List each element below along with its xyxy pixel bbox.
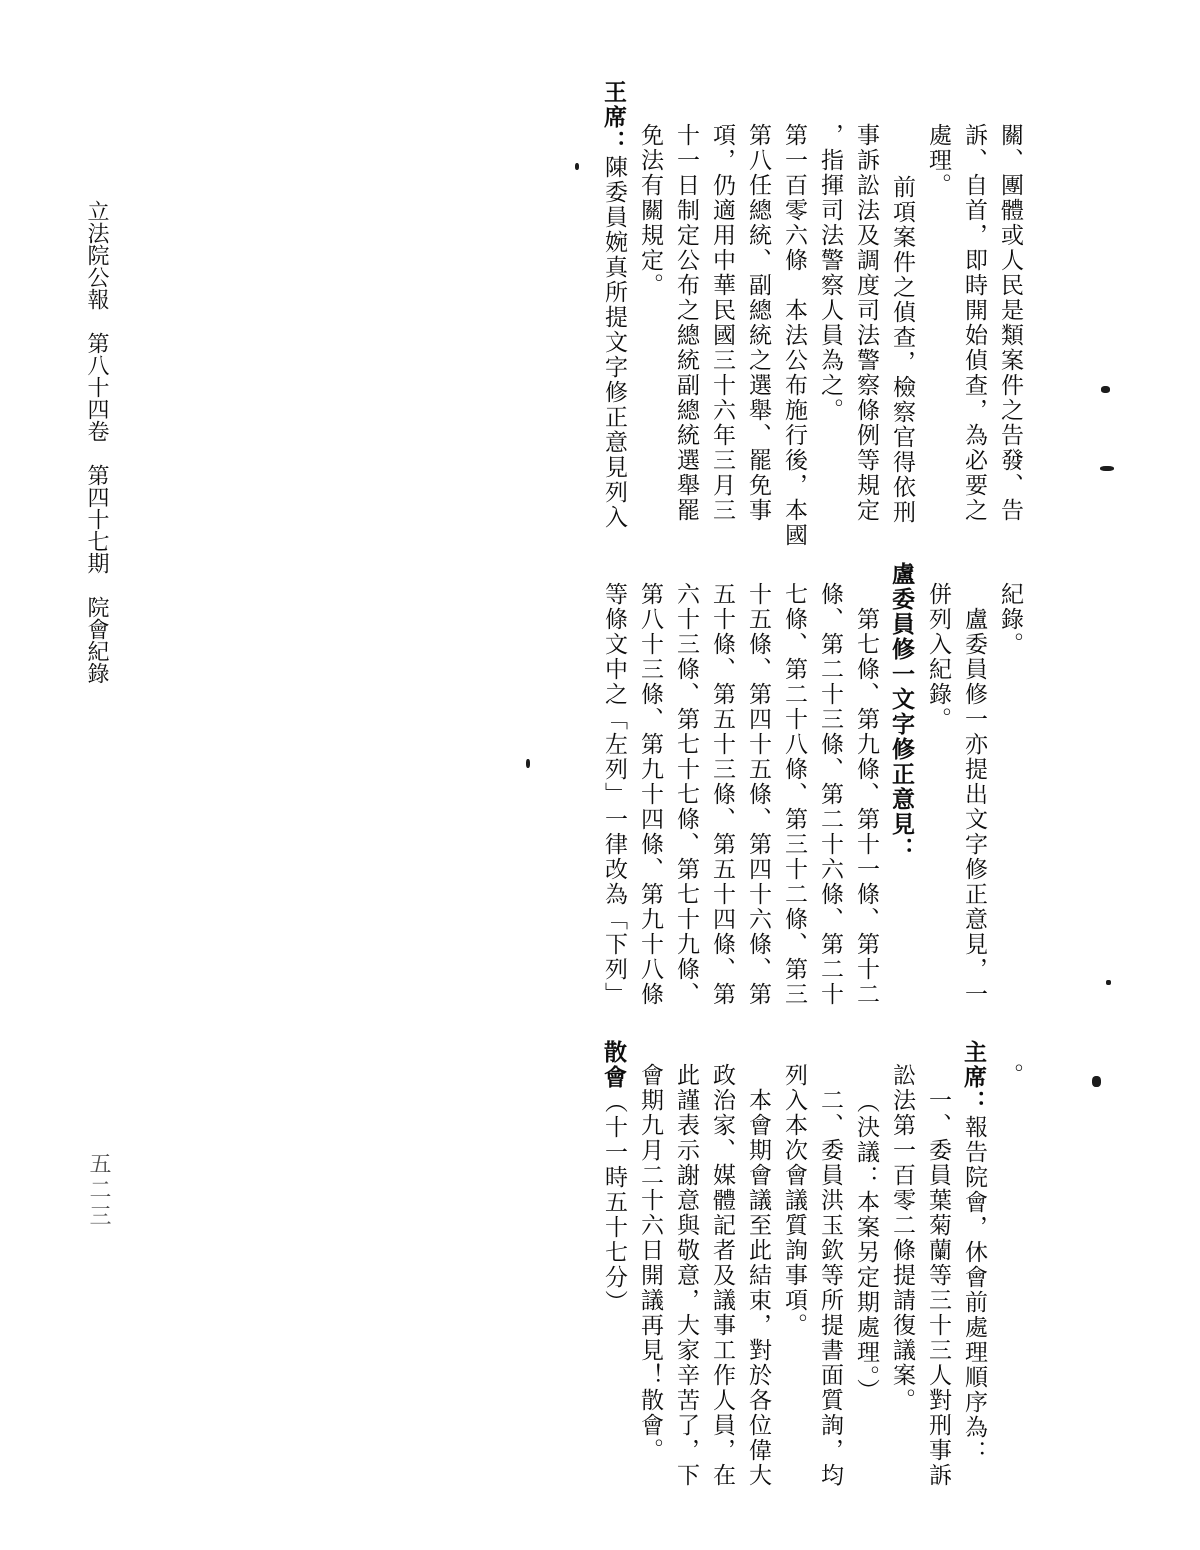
text-column: 訴、自首，即時開始偵查，為必要之 — [956, 80, 992, 590]
text-column: 會期九月二十六日開議再見！散會。 — [632, 1040, 668, 1550]
text-run: 處理。 — [926, 123, 951, 198]
text-column: 第八十三條、第九十四條、第九十八條 — [632, 562, 668, 1072]
scan-speck — [575, 163, 579, 170]
speaker-label: 散會 — [601, 1040, 627, 1090]
text-column: 併列入紀錄。 — [920, 562, 956, 1072]
text-column: 盧委員修一亦提出文字修正意見，一 — [956, 562, 992, 1072]
text-run: 第一百零六條 本法公布施行後，本國 — [782, 123, 807, 548]
text-column: 前項案件之偵查，檢察官得依刑 — [884, 80, 920, 590]
text-column: 條、第二十三條、第二十六條、第二十 — [812, 562, 848, 1072]
text-run: 前項案件之偵查，檢察官得依刑 — [890, 175, 915, 525]
text-column: 訟法第一百零二條提請復議案。 — [884, 1040, 920, 1550]
text-column: 盧委員修一文字修正意見： — [884, 562, 920, 1072]
text-run: 免法有關規定。 — [638, 123, 663, 298]
text-run: 六十三條、第七十七條、第七十九條、 — [674, 582, 699, 1007]
text-column: 免法有關規定。 — [632, 80, 668, 590]
gazette-page: 立法院公報 第八十四卷 第四十七期 院會紀錄 五二三 關、團體或人民是類案件之告… — [0, 0, 1200, 1550]
text-column: 十一日制定公布之總統副總統選舉罷 — [668, 80, 704, 590]
text-column: （決議：本案另定期處理。） — [848, 1040, 884, 1550]
text-column: 列入本次會議質詢事項。 — [776, 1040, 812, 1550]
text-run: 訴、自首，即時開始偵查，為必要之 — [962, 123, 987, 523]
text-column: 第八任總統、副總統之選舉、罷免事 — [740, 80, 776, 590]
gazette-side-header: 立法院公報 第八十四卷 第四十七期 院會紀錄 — [82, 200, 112, 684]
text-run: 會期九月二十六日開議再見！散會。 — [638, 1063, 663, 1463]
text-column: 關、團體或人民是類案件之告發、告 — [992, 80, 1028, 590]
speaker-label: 王席： — [601, 80, 627, 155]
text-run: 本會期會議至此結束，對於各位偉大 — [746, 1088, 771, 1488]
text-column: 五十條、第五十三條、第五十四條、第 — [704, 562, 740, 1072]
text-run: 第八十三條、第九十四條、第九十八條 — [638, 582, 663, 1007]
text-column: 六十三條、第七十七條、第七十九條、 — [668, 562, 704, 1072]
page-number: 五二三 — [84, 1152, 115, 1230]
text-column: 七條、第二十八條、第三十二條、第三 — [776, 562, 812, 1072]
text-column: 第七條、第九條、第十一條、第十二 — [848, 562, 884, 1072]
closing-remarks-block: 。主席：報告院會，休會前處理順序為：一、委員葉菊蘭等三十三人對刑事訴訟法第一百零… — [596, 1040, 1028, 1550]
text-run: 政治家、媒體記者及議事工作人員，在 — [710, 1063, 735, 1488]
scan-speck — [1100, 466, 1114, 471]
text-column: 等條文中之「左列」一律改為「下列」 — [596, 562, 632, 1072]
text-column: 紀錄。 — [992, 562, 1028, 1072]
text-run: （決議：本案另定期處理。） — [854, 1090, 879, 1404]
text-column: 事訴訟法及調度司法警察條例等規定 — [848, 80, 884, 590]
text-run: 此謹表示謝意與敬意，大家辛苦了，下 — [674, 1063, 699, 1488]
scan-speck — [526, 759, 530, 768]
text-run: 二、委員洪玉欽等所提書面質詢，均 — [818, 1088, 843, 1488]
text-run: 一、委員葉菊蘭等三十三人對刑事訴 — [926, 1088, 951, 1488]
text-column: 第一百零六條 本法公布施行後，本國 — [776, 80, 812, 590]
text-run: 第八任總統、副總統之選舉、罷免事 — [746, 123, 771, 523]
text-column: 主席：報告院會，休會前處理順序為： — [956, 1040, 992, 1550]
text-column: 本會期會議至此結束，對於各位偉大 — [740, 1040, 776, 1550]
text-run: 報告院會，休會前處理順序為： — [962, 1115, 987, 1465]
text-run: 訟法第一百零二條提請復議案。 — [890, 1063, 915, 1413]
text-run: 併列入紀錄。 — [926, 582, 951, 732]
text-run: 七條、第二十八條、第三十二條、第三 — [782, 582, 807, 1007]
text-column: ，指揮司法警察人員為之。 — [812, 80, 848, 590]
text-column: 此謹表示謝意與敬意，大家辛苦了，下 — [668, 1040, 704, 1550]
text-column: 十五條、第四十五條、第四十六條、第 — [740, 562, 776, 1072]
text-column: 處理。 — [920, 80, 956, 590]
statute-provisions-block: 關、團體或人民是類案件之告發、告訴、自首，即時開始偵查，為必要之處理。前項案件之… — [596, 80, 1028, 590]
text-run: 五十條、第五十三條、第五十四條、第 — [710, 582, 735, 1007]
speaker-label: 盧委員修一文字修正意見： — [889, 562, 915, 862]
text-column: 項，仍適用中華民國三十六年三月三 — [704, 80, 740, 590]
text-column: 王席：陳委員婉真所提文字修正意見列入 — [596, 80, 632, 590]
scan-speck — [1106, 980, 1111, 985]
text-column: 一、委員葉菊蘭等三十三人對刑事訴 — [920, 1040, 956, 1550]
text-run: 陳委員婉真所提文字修正意見列入 — [602, 155, 627, 530]
text-run: 列入本次會議質詢事項。 — [782, 1063, 807, 1338]
text-run: 第七條、第九條、第十一條、第十二 — [854, 607, 879, 1007]
text-column: 二、委員洪玉欽等所提書面質詢，均 — [812, 1040, 848, 1550]
text-run: 。 — [998, 1063, 1023, 1088]
text-run: 十五條、第四十五條、第四十六條、第 — [746, 582, 771, 1007]
text-run: 條、第二十三條、第二十六條、第二十 — [818, 582, 843, 1007]
text-run: 等條文中之「左列」一律改為「下列」 — [602, 582, 627, 1007]
text-run: 項，仍適用中華民國三十六年三月三 — [710, 123, 735, 523]
scan-speck — [1101, 386, 1110, 393]
text-run: 關、團體或人民是類案件之告發、告 — [998, 123, 1023, 523]
text-run: 事訴訟法及調度司法警察條例等規定 — [854, 123, 879, 523]
text-run: （十一時五十七分） — [602, 1090, 627, 1315]
text-run: 十一日制定公布之總統副總統選舉罷 — [674, 123, 699, 523]
scan-speck — [1092, 1076, 1101, 1087]
lu-amendment-record-block: 紀錄。盧委員修一亦提出文字修正意見，一併列入紀錄。盧委員修一文字修正意見：第七條… — [596, 562, 1028, 1072]
text-run: 紀錄。 — [998, 582, 1023, 657]
text-run: ，指揮司法警察人員為之。 — [818, 123, 843, 423]
text-column: 。 — [992, 1040, 1028, 1550]
text-column: 散會（十一時五十七分） — [596, 1040, 632, 1550]
text-run: 盧委員修一亦提出文字修正意見，一 — [962, 607, 987, 1007]
text-column: 政治家、媒體記者及議事工作人員，在 — [704, 1040, 740, 1550]
speaker-label: 主席： — [961, 1040, 987, 1115]
